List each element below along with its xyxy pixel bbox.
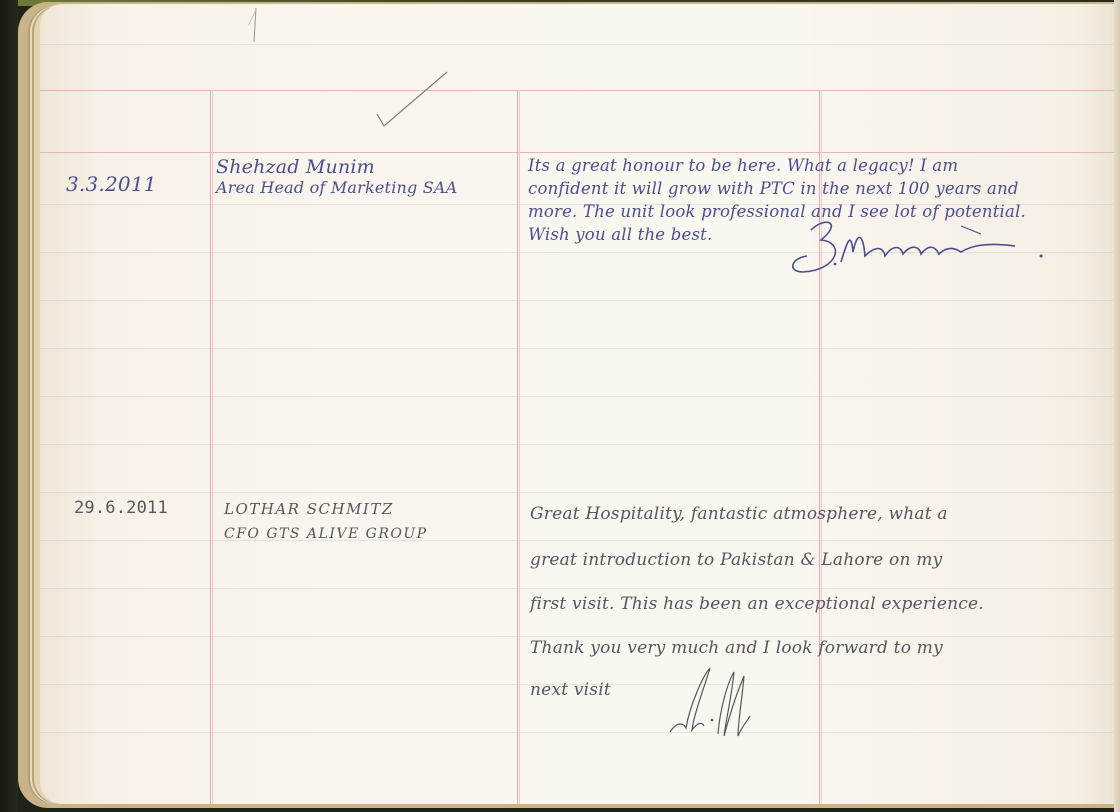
header-rule-bottom xyxy=(40,152,1120,153)
column-divider-date xyxy=(210,90,211,804)
header-rule-top xyxy=(40,90,1120,91)
ruled-line xyxy=(40,732,1120,733)
message-line: Great Hospitality, fantastic atmosphere,… xyxy=(530,504,948,524)
message-line: great introduction to Pakistan & Lahore … xyxy=(530,550,942,570)
visitor-name: LOTHAR SCHMITZ xyxy=(224,500,394,518)
ruled-line xyxy=(40,396,1120,397)
ruled-line xyxy=(40,44,1120,45)
signature-schmitz xyxy=(664,664,774,744)
ruled-line xyxy=(40,492,1120,493)
ledger-page: 3.3.2011 Shehzad Munim Area Head of Mark… xyxy=(40,4,1120,804)
pencil-tick-icon xyxy=(246,6,258,44)
ruled-line xyxy=(40,540,1120,541)
message-line: next visit xyxy=(530,680,611,700)
book-binding xyxy=(0,0,18,812)
message-line: confident it will grow with PTC in the n… xyxy=(528,179,1019,198)
message-line: Thank you very much and I look forward t… xyxy=(530,638,943,658)
page-right-edge xyxy=(1114,0,1120,812)
message-line: Its a great honour to be here. What a le… xyxy=(528,156,958,175)
ruled-line xyxy=(40,300,1120,301)
ruled-line xyxy=(40,348,1120,349)
visitor-title: CFO GTS ALIVE GROUP xyxy=(224,526,428,542)
signature-munim xyxy=(785,212,1055,282)
message-line: Wish you all the best. xyxy=(528,225,712,244)
ruled-line xyxy=(40,444,1120,445)
column-divider-visitor xyxy=(517,90,518,804)
entry-date: 3.3.2011 xyxy=(66,172,157,196)
visitor-name: Shehzad Munim xyxy=(216,156,375,178)
ruled-line xyxy=(40,636,1120,637)
ruled-line xyxy=(40,588,1120,589)
message-line: first visit. This has been an exceptiona… xyxy=(530,594,984,614)
entry-date: 29.6.2011 xyxy=(74,498,168,518)
checkmark-icon xyxy=(375,70,455,130)
visitor-title: Area Head of Marketing SAA xyxy=(216,178,457,197)
